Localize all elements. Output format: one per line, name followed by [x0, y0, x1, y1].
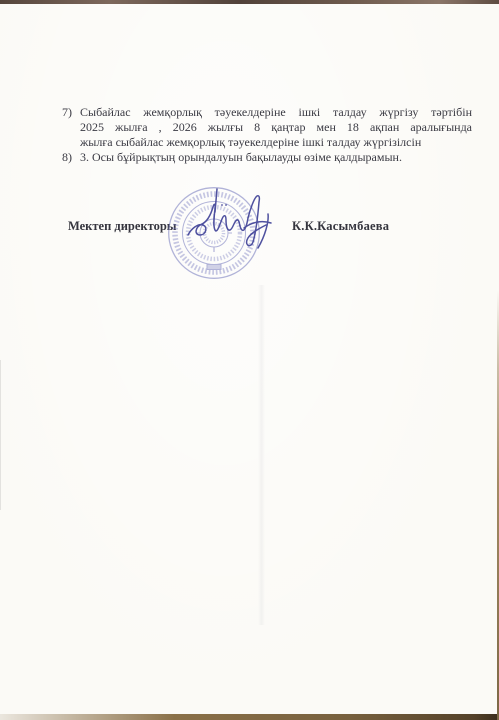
scan-edge-bottom	[0, 714, 499, 720]
text-line: 3. Осы бұйрықтың орындалуын бақылауды өз…	[80, 150, 472, 165]
item-lines: Сыбайлас жемқорлық тәуекелдеріне ішкі та…	[80, 105, 472, 150]
text-line: жылға сыбайлас жемқорлық тәуекелдеріне і…	[80, 135, 472, 150]
scan-edge-top	[0, 0, 499, 4]
paper-fold-shadow	[258, 285, 265, 625]
item-lines: 3. Осы бұйрықтың орындалуын бақылауды өз…	[80, 150, 472, 165]
handwritten-signature	[178, 188, 278, 263]
list-item-8: 8) 3. Осы бұйрықтың орындалуын бақылауды…	[62, 150, 472, 165]
text-line: Сыбайлас жемқорлық тәуекелдеріне ішкі та…	[80, 105, 472, 120]
text-line: 2025 жылға , 2026 жылғы 8 қаңтар мен 18 …	[80, 120, 472, 135]
director-role-label: Мектеп директоры	[68, 219, 177, 234]
list-item-7: 7) Сыбайлас жемқорлық тәуекелдеріне ішкі…	[62, 105, 472, 150]
signer-name-label: К.К.Касымбаева	[292, 219, 389, 234]
scan-edge-left	[0, 360, 1, 510]
item-marker: 7)	[62, 105, 72, 120]
item-marker: 8)	[62, 150, 72, 165]
